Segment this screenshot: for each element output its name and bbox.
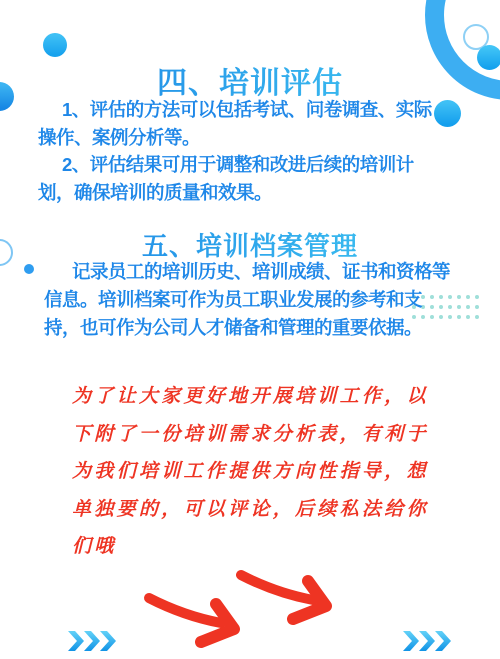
chevrons-icon	[68, 631, 117, 651]
note-line: 下附了一份培训需求分析表，有利于	[72, 416, 452, 454]
section-4-body: 1、评估的方法可以包括考试、问卷调查、实际 操作、案例分析等。 2、评估结果可用…	[38, 96, 432, 206]
note-line: 为了让大家更好地开展培训工作，以	[72, 378, 452, 416]
chevrons-icon	[403, 631, 452, 651]
note-line: 为我们培训工作提供方向性指导，想	[72, 453, 452, 491]
body-line: 记录员工的培训历史、培训成绩、证书和资格等	[72, 258, 450, 286]
body-line: 1、评估的方法可以包括考试、问卷调查、实际	[62, 96, 432, 124]
note-line: 单独要的，可以评论，后续私法给你	[72, 491, 452, 529]
training-poster: 四、培训评估 1、评估的方法可以包括考试、问卷调查、实际 操作、案例分析等。 2…	[0, 0, 500, 659]
body-line: 2、评估结果可用于调整和改进后续的培训计	[62, 151, 432, 179]
circle-icon	[43, 33, 67, 57]
body-line: 信息。培训档案可作为员工职业发展的参考和支	[44, 286, 450, 314]
dot-icon	[24, 264, 34, 274]
brush-arrows-icon	[128, 560, 348, 655]
section-5-body: 记录员工的培训历史、培训成绩、证书和资格等 信息。培训档案可作为员工职业发展的参…	[44, 258, 450, 341]
body-line: 操作、案例分析等。	[38, 124, 432, 152]
handwritten-note: 为了让大家更好地开展培训工作，以 下附了一份培训需求分析表，有利于 为我们培训工…	[72, 378, 452, 566]
body-line: 持，也可作为公司人才储备和管理的重要依据。	[44, 314, 450, 342]
body-line: 划，确保培训的质量和效果。	[38, 179, 432, 207]
circle-icon	[434, 100, 461, 127]
